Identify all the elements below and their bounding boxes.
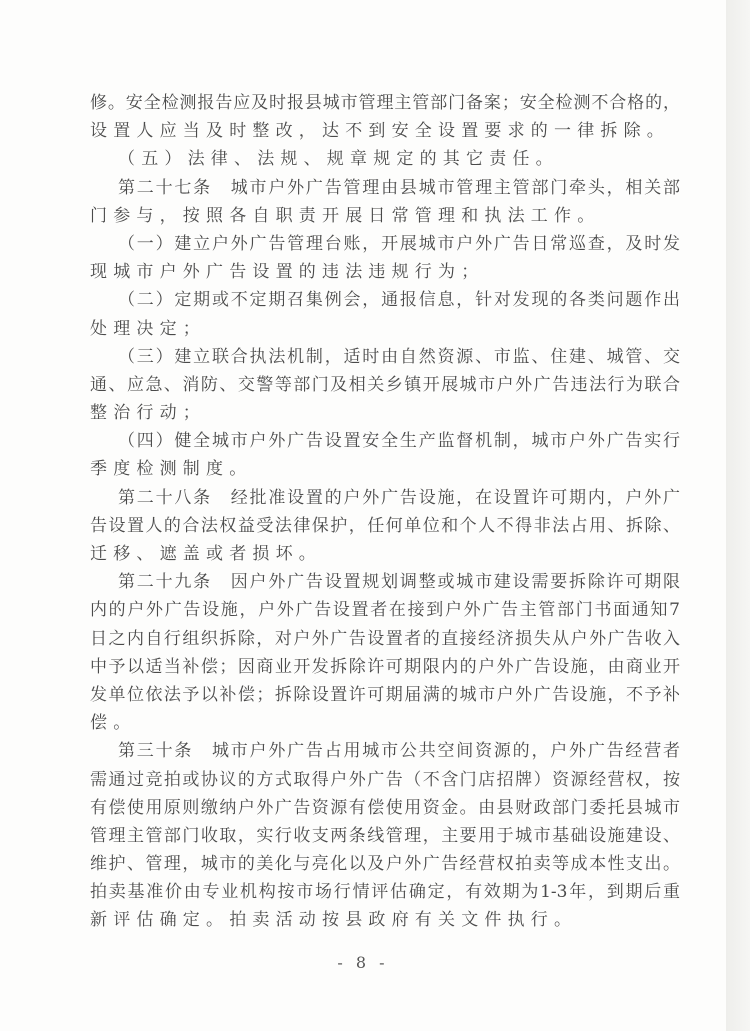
text-line: 日之内自行组织拆除，对户外广告设置者的直接经济损失从户外广告收入 (90, 625, 680, 653)
text-line: 第二十九条 因户外广告设置规划调整或城市建设需要拆除许可期限 (90, 568, 680, 596)
text-line: 偿。 (90, 709, 680, 737)
text-line: 通、应急、消防、交警等部门及相关乡镇开展城市户外广告违法行为联合 (90, 371, 680, 399)
text-line: 整治行动； (90, 399, 680, 427)
text-line: 第三十条 城市户外广告占用城市公共空间资源的，户外广告经营者 (90, 737, 680, 765)
text-line: 季度检测制度。 (90, 455, 680, 483)
text-line: 修。安全检测报告应及时报县城市管理主管部门备案；安全检测不合格的， (90, 89, 680, 117)
text-line: （五）法律、法规、规章规定的其它责任。 (90, 145, 680, 173)
text-line: 处理决定； (90, 315, 680, 343)
text-line: 设置人应当及时整改，达不到安全设置要求的一律拆除。 (90, 117, 680, 145)
document-page: 修。安全检测报告应及时报县城市管理主管部门备案；安全检测不合格的，设置人应当及时… (0, 0, 726, 1031)
text-line: 现城市户外广告设置的违法违规行为； (90, 258, 680, 286)
text-line: （三）建立联合执法机制，适时由自然资源、市监、住建、城管、交 (90, 343, 680, 371)
text-line: 第二十七条 城市户外广告管理由县城市管理主管部门牵头，相关部 (90, 174, 680, 202)
text-line: 新评估确定。拍卖活动按县政府有关文件执行。 (90, 906, 680, 934)
text-line: 第二十八条 经批准设置的户外广告设施，在设置许可期内，户外广 (90, 484, 680, 512)
text-line: 中予以适当补偿；因商业开发拆除许可期限内的户外广告设施，由商业开 (90, 653, 680, 681)
document-body: 修。安全检测报告应及时报县城市管理主管部门备案；安全检测不合格的，设置人应当及时… (90, 89, 680, 935)
text-line: 告设置人的合法权益受法律保护，任何单位和个人不得非法占用、拆除、 (90, 512, 680, 540)
text-line: 迁移、遮盖或者损坏。 (90, 540, 680, 568)
text-line: 维护、管理，城市的美化与亮化以及户外广告经营权拍卖等成本性支出。 (90, 850, 680, 878)
text-line: 内的户外广告设施，户外广告设置者在接到户外广告主管部门书面通知7 (90, 596, 680, 624)
text-line: 需通过竞拍或协议的方式取得户外广告（不含门店招牌）资源经营权，按 (90, 766, 680, 794)
text-line: （二）定期或不定期召集例会，通报信息，针对发现的各类问题作出 (90, 286, 680, 314)
text-line: 发单位依法予以补偿；拆除设置许可期届满的城市户外广告设施，不予补 (90, 681, 680, 709)
text-line: 门参与，按照各自职责开展日常管理和执法工作。 (90, 202, 680, 230)
text-line: 拍卖基准价由专业机构按市场行情评估确定，有效期为1-3年，到期后重 (90, 878, 680, 906)
text-line: （四）健全城市户外广告设置安全生产监督机制，城市户外广告实行 (90, 427, 680, 455)
text-line: 有偿使用原则缴纳户外广告资源有偿使用资金。由县财政部门委托县城市 (90, 794, 680, 822)
scan-edge (726, 0, 750, 1031)
page-number: - 8 - (0, 953, 726, 972)
text-line: （一）建立户外广告管理台账，开展城市户外广告日常巡查，及时发 (90, 230, 680, 258)
text-line: 管理主管部门收取，实行收支两条线管理，主要用于城市基础设施建设、 (90, 822, 680, 850)
